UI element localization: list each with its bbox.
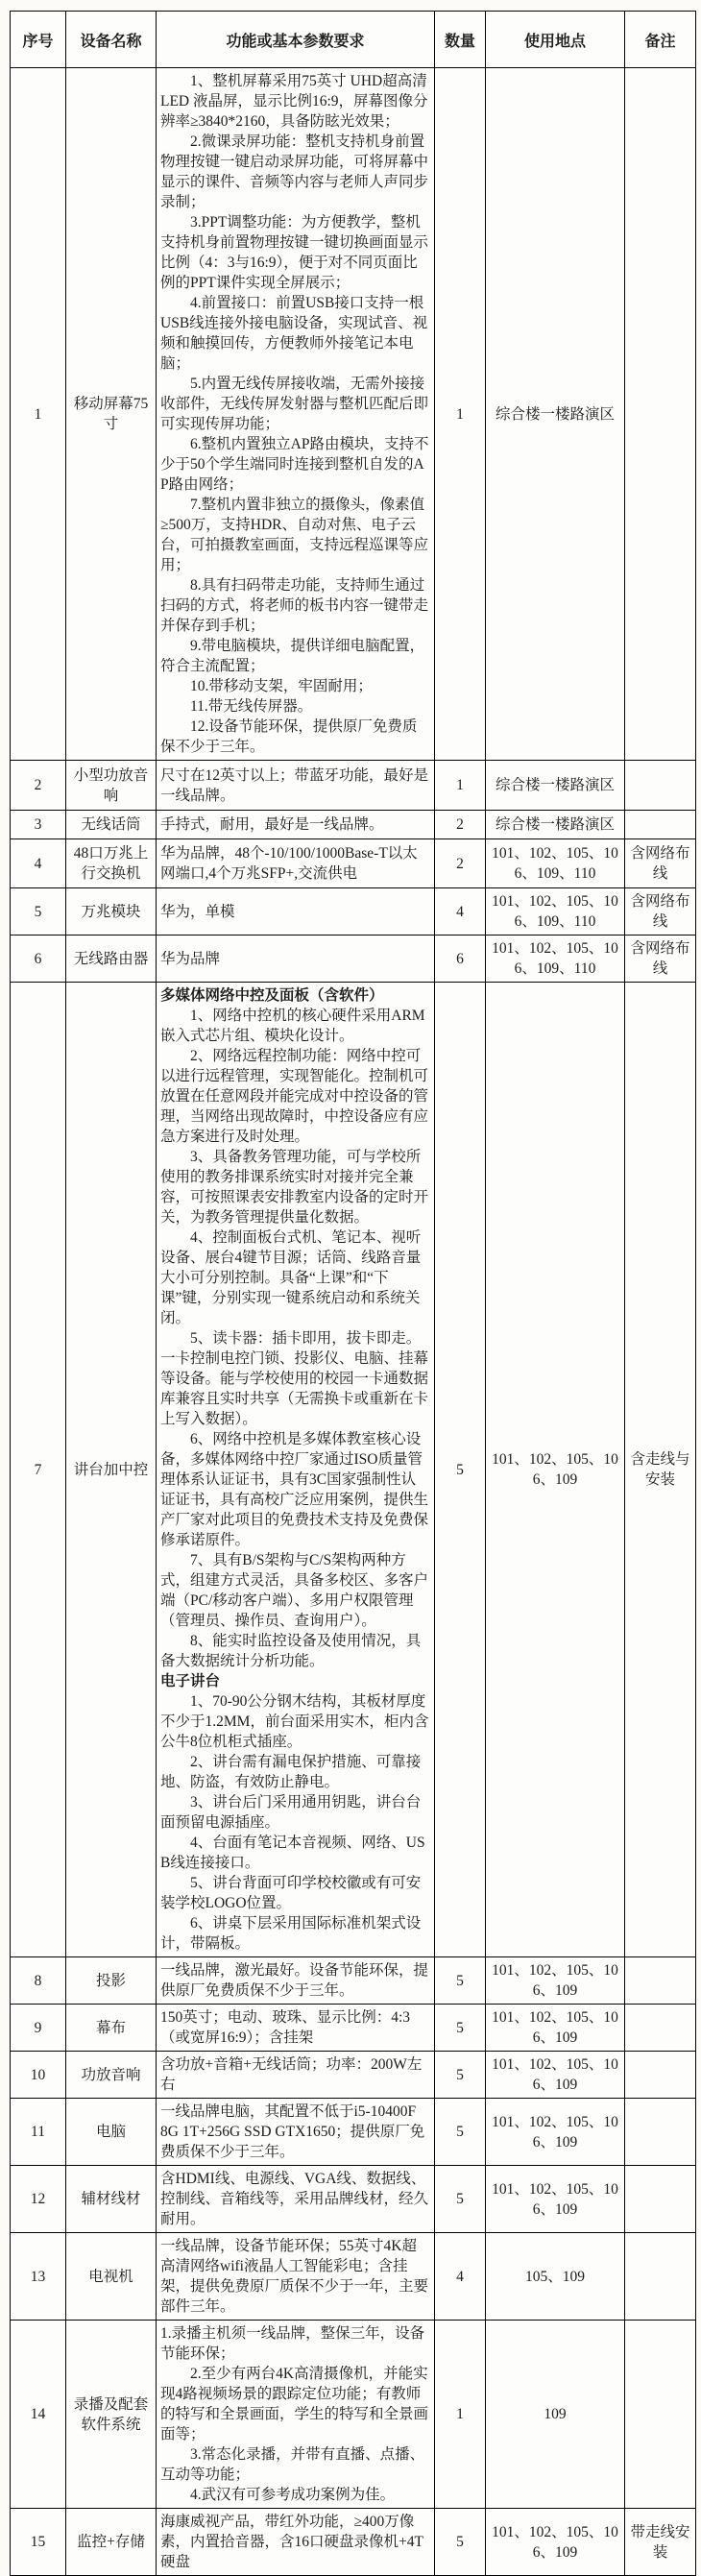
spec-paragraph: 1、70-90公分钢木结构，其板材厚度不少于1.2MM，前台面采用实木，柜内含公… <box>160 1691 430 1752</box>
cell-location: 综合楼一楼路演区 <box>486 68 625 761</box>
cell-location: 109 <box>486 2321 625 2509</box>
cell-device-name: 投影 <box>66 1957 157 2005</box>
spec-paragraph: 3、具备教务管理功能，可与学校所使用的教务排课系统实时对接并完全兼容，可按照课表… <box>160 1147 430 1227</box>
spec-paragraph: 3.PPT调整功能：为方便教学，整机支持机身前置物理按键一键切换画面显示比例（4… <box>160 212 430 293</box>
cell-serial-number: 9 <box>11 2005 66 2052</box>
table-row: 2小型功放音响尺寸在12英寸以上；带蓝牙功能，最好是一线品牌。1综合楼一楼路演区 <box>11 761 696 811</box>
cell-quantity: 6 <box>435 936 486 983</box>
cell-quantity: 5 <box>435 2052 486 2099</box>
cell-remark <box>625 2166 696 2233</box>
cell-remark <box>625 2005 696 2052</box>
table-row: 14录播及配套软件系统1.录播主机须一线品牌，整保三年，设备节能环保；2.至少有… <box>11 2321 696 2509</box>
cell-serial-number: 13 <box>11 2233 66 2321</box>
table-row: 9幕布150英寸；电动、玻珠、显示比例：4:3（或宽屏16:9）；含挂架5101… <box>11 2005 696 2052</box>
cell-specs: 华为品牌，48个-10/100/1000Base-T以太网端口,4个万兆SFP+… <box>157 839 435 888</box>
spec-paragraph: 11.带无线传屏器。 <box>160 696 430 717</box>
table-row: 12辅材线材含HDMI线、电源线、VGA线、数据线、控制线、音箱线等，采用品牌线… <box>11 2166 696 2233</box>
spec-paragraph: 8.具有扫码带走功能，支持师生通过扫码的方式，将老师的板书内容一键带走并保存到手… <box>160 575 430 636</box>
cell-device-name: 移动屏幕75寸 <box>66 68 157 761</box>
spec-paragraph: 2.至少有两台4K高清摄像机，并能实现4路视频场景的跟踪定位功能；有教师的特写和… <box>160 2364 430 2444</box>
cell-remark <box>625 2099 696 2166</box>
equipment-spec-table: 序号 设备名称 功能或基本参数要求 数量 使用地点 备注 1移动屏幕75寸1、整… <box>10 11 696 2576</box>
spec-paragraph: 一线品牌电脑，其配置不低于i5-10400F 8G 1T+256G SSD GT… <box>160 2102 430 2162</box>
spec-paragraph: 4、台面有笔记本音视频、网络、USB线连接接口。 <box>160 1833 430 1873</box>
cell-device-name: 监控+存储 <box>66 2509 157 2576</box>
cell-specs: 150英寸；电动、玻珠、显示比例：4:3（或宽屏16:9）；含挂架 <box>157 2005 435 2052</box>
cell-location: 101、102、105、106、109 <box>486 2052 625 2099</box>
cell-specs: 1、整机屏幕采用75英寸 UHD超高清LED 液晶屏，显示比例16:9，屏幕图像… <box>157 68 435 761</box>
cell-serial-number: 3 <box>11 811 66 839</box>
cell-serial-number: 12 <box>11 2166 66 2233</box>
cell-quantity: 5 <box>435 2005 486 2052</box>
table-row: 6无线路由器华为品牌6101、102、105、106、109、110含网络布线 <box>11 936 696 983</box>
cell-device-name: 万兆模块 <box>66 888 157 936</box>
spec-paragraph: 6、网络中控机是多媒体教室核心设备，多媒体网络中控厂家通过ISO质量管理体系认证… <box>160 1429 430 1550</box>
cell-remark <box>625 811 696 839</box>
cell-quantity: 1 <box>435 68 486 761</box>
cell-specs: 含HDMI线、电源线、VGA线、数据线、控制线、音箱线等，采用品牌线材，经久耐用… <box>157 2166 435 2233</box>
cell-serial-number: 7 <box>11 983 66 1957</box>
cell-serial-number: 2 <box>11 761 66 811</box>
spec-paragraph: 手持式，耐用，最好是一线品牌。 <box>160 814 430 835</box>
spec-paragraph: 150英寸；电动、玻珠、显示比例：4:3（或宽屏16:9）；含挂架 <box>160 2007 430 2048</box>
spec-paragraph: 华为品牌 <box>160 949 430 969</box>
document-page: 序号 设备名称 功能或基本参数要求 数量 使用地点 备注 1移动屏幕75寸1、整… <box>0 0 701 2576</box>
cell-quantity: 5 <box>435 2509 486 2576</box>
cell-serial-number: 1 <box>11 68 66 761</box>
column-header-specs: 功能或基本参数要求 <box>157 12 435 68</box>
cell-remark <box>625 1957 696 2005</box>
cell-serial-number: 8 <box>11 1957 66 2005</box>
spec-paragraph: 华为品牌，48个-10/100/1000Base-T以太网端口,4个万兆SFP+… <box>160 843 430 884</box>
cell-device-name: 辅材线材 <box>66 2166 157 2233</box>
cell-location: 101、102、105、106、109、110 <box>486 839 625 888</box>
spec-paragraph: 7、具有B/S架构与C/S架构两种方式，组建方式灵活，具备多校区、多客户端（PC… <box>160 1550 430 1631</box>
cell-remark: 带走线安装 <box>625 2509 696 2576</box>
spec-paragraph: 含HDMI线、电源线、VGA线、数据线、控制线、音箱线等，采用品牌线材，经久耐用… <box>160 2169 430 2229</box>
cell-serial-number: 6 <box>11 936 66 983</box>
spec-paragraph: 3、讲台后门采用通用钥匙，讲台台面预留电源插座。 <box>160 1792 430 1833</box>
cell-location: 101、102、105、106、109 <box>486 1957 625 2005</box>
cell-remark <box>625 2052 696 2099</box>
cell-device-name: 无线话筒 <box>66 811 157 839</box>
cell-remark: 含走线与安装 <box>625 983 696 1957</box>
cell-specs: 一线品牌电脑，其配置不低于i5-10400F 8G 1T+256G SSD GT… <box>157 2099 435 2166</box>
spec-paragraph: 华为，单模 <box>160 902 430 922</box>
cell-device-name: 录播及配套软件系统 <box>66 2321 157 2509</box>
spec-paragraph: 2.微课录屏功能：整机支持机身前置物理按键一键启动录屏功能，可将屏幕中显示的课件… <box>160 132 430 212</box>
cell-serial-number: 5 <box>11 888 66 936</box>
column-header-device: 设备名称 <box>66 12 157 68</box>
spec-paragraph: 10.带移动支架，牢固耐用； <box>160 676 430 696</box>
cell-quantity: 5 <box>435 2099 486 2166</box>
cell-specs: 海康威视产品，带红外功能，≥400万像素，内置拾音器，含16口硬盘录像机+4T硬… <box>157 2509 435 2576</box>
spec-section-title: 多媒体网络中控及面板（含软件） <box>160 985 430 1006</box>
table-row: 1移动屏幕75寸1、整机屏幕采用75英寸 UHD超高清LED 液晶屏，显示比例1… <box>11 68 696 761</box>
cell-device-name: 电脑 <box>66 2099 157 2166</box>
cell-quantity: 5 <box>435 2166 486 2233</box>
spec-paragraph: 1.录播主机须一线品牌，整保三年，设备节能环保； <box>160 2323 430 2364</box>
spec-paragraph: 12.设备节能环保，提供原厂免费质保不少于三年。 <box>160 717 430 757</box>
cell-quantity: 1 <box>435 761 486 811</box>
spec-paragraph: 4.武汉有可参考成功案例为佳。 <box>160 2485 430 2505</box>
cell-specs: 多媒体网络中控及面板（含软件）1、网络中控机的核心硬件采用ARM嵌入式芯片组、模… <box>157 983 435 1957</box>
spec-paragraph: 海康威视产品，带红外功能，≥400万像素，内置拾音器，含16口硬盘录像机+4T硬… <box>160 2512 430 2572</box>
cell-device-name: 电视机 <box>66 2233 157 2321</box>
spec-paragraph: 一线品牌，设备节能环保；55英寸4K超高清网络wifi液晶人工智能彩电；含挂架，… <box>160 2236 430 2317</box>
cell-specs: 一线品牌，设备节能环保；55英寸4K超高清网络wifi液晶人工智能彩电；含挂架，… <box>157 2233 435 2321</box>
cell-specs: 含功放+音箱+无线话筒；功率：200W左右 <box>157 2052 435 2099</box>
spec-paragraph: 1、网络中控机的核心硬件采用ARM嵌入式芯片组、模块化设计。 <box>160 1006 430 1046</box>
cell-serial-number: 10 <box>11 2052 66 2099</box>
cell-serial-number: 11 <box>11 2099 66 2166</box>
cell-device-name: 功放音响 <box>66 2052 157 2099</box>
cell-location: 101、102、105、106、109 <box>486 2099 625 2166</box>
spec-paragraph: 8、能实时监控设备及使用情况，具备大数据统计分析功能。 <box>160 1631 430 1671</box>
table-row: 7讲台加中控多媒体网络中控及面板（含软件）1、网络中控机的核心硬件采用ARM嵌入… <box>11 983 696 1957</box>
spec-paragraph: 9.带电脑模块，提供详细电脑配置，符合主流配置； <box>160 636 430 676</box>
spec-paragraph: 2、网络远程控制功能：网络中控可以进行远程管理，实现智能化。控制机可放置在任意网… <box>160 1046 430 1147</box>
cell-remark <box>625 761 696 811</box>
table-row: 10功放音响含功放+音箱+无线话筒；功率：200W左右5101、102、105、… <box>11 2052 696 2099</box>
spec-paragraph: 5、读卡器：插卡即用，拔卡即走。一卡控制电控门锁、投影仪、电脑、挂幕等设备。能与… <box>160 1328 430 1429</box>
cell-location: 101、102、105、106、109 <box>486 2509 625 2576</box>
cell-location: 101、102、105、106、109、110 <box>486 888 625 936</box>
cell-remark: 含网络布线 <box>625 936 696 983</box>
spec-paragraph: 4、控制面板台式机、笔记本、视听设备、展台4键节目源；话筒、线路音量大小可分别控… <box>160 1227 430 1328</box>
cell-specs: 一线品牌，激光最好。设备节能环保，提供原厂免费质保不少于三年。 <box>157 1957 435 2005</box>
spec-paragraph: 6、讲桌下层采用国际标准机架式设计，带隔板。 <box>160 1913 430 1954</box>
cell-serial-number: 15 <box>11 2509 66 2576</box>
cell-location: 101、102、105、106、109 <box>486 983 625 1957</box>
cell-serial-number: 4 <box>11 839 66 888</box>
column-header-serial: 序号 <box>11 12 66 68</box>
cell-quantity: 1 <box>435 2321 486 2509</box>
spec-paragraph: 1、整机屏幕采用75英寸 UHD超高清LED 液晶屏，显示比例16:9，屏幕图像… <box>160 71 430 132</box>
spec-paragraph: 一线品牌，激光最好。设备节能环保，提供原厂免费质保不少于三年。 <box>160 1960 430 2001</box>
spec-paragraph: 5.内置无线传屏接收端，无需外接接收部件，无线传屏发射器与整机匹配后即可实现传屏… <box>160 374 430 434</box>
table-row: 11电脑一线品牌电脑，其配置不低于i5-10400F 8G 1T+256G SS… <box>11 2099 696 2166</box>
cell-remark <box>625 2233 696 2321</box>
cell-location: 综合楼一楼路演区 <box>486 761 625 811</box>
table-row: 5万兆模块华为，单模4101、102、105、106、109、110含网络布线 <box>11 888 696 936</box>
cell-device-name: 讲台加中控 <box>66 983 157 1957</box>
cell-specs: 华为品牌 <box>157 936 435 983</box>
column-header-remark: 备注 <box>625 12 696 68</box>
column-header-quantity: 数量 <box>435 12 486 68</box>
spec-paragraph: 2、讲台需有漏电保护措施、可靠接地、防盗，有效防止静电。 <box>160 1752 430 1792</box>
cell-quantity: 4 <box>435 2233 486 2321</box>
cell-specs: 手持式，耐用，最好是一线品牌。 <box>157 811 435 839</box>
cell-device-name: 无线路由器 <box>66 936 157 983</box>
cell-device-name: 幕布 <box>66 2005 157 2052</box>
spec-paragraph: 6.整机内置独立AP路由模块，支持不少于50个学生端同时连接到整机自发的AP路由… <box>160 434 430 495</box>
cell-location: 101、102、105、106、109 <box>486 2005 625 2052</box>
table-row: 448口万兆上行交换机华为品牌，48个-10/100/1000Base-T以太网… <box>11 839 696 888</box>
cell-serial-number: 14 <box>11 2321 66 2509</box>
table-row: 8投影一线品牌，激光最好。设备节能环保，提供原厂免费质保不少于三年。5101、1… <box>11 1957 696 2005</box>
cell-quantity: 2 <box>435 839 486 888</box>
column-header-location: 使用地点 <box>486 12 625 68</box>
cell-location: 综合楼一楼路演区 <box>486 811 625 839</box>
spec-paragraph: 含功放+音箱+无线话筒；功率：200W左右 <box>160 2054 430 2095</box>
cell-remark: 含网络布线 <box>625 888 696 936</box>
table-row: 13电视机一线品牌，设备节能环保；55英寸4K超高清网络wifi液晶人工智能彩电… <box>11 2233 696 2321</box>
cell-device-name: 48口万兆上行交换机 <box>66 839 157 888</box>
spec-paragraph: 3.常态化录播，并带有直播、点播、互动等功能； <box>160 2444 430 2485</box>
cell-location: 101、102、105、106、109、110 <box>486 936 625 983</box>
cell-remark: 含网络布线 <box>625 839 696 888</box>
spec-paragraph: 7.整机内置非独立的摄像头，像素值≥500万，支持HDR、自动对焦、电子云台，可… <box>160 495 430 575</box>
cell-remark <box>625 2321 696 2509</box>
spec-paragraph: 5、讲台背面可印学校校徽或有可安装学校LOGO位置。 <box>160 1873 430 1913</box>
spec-paragraph: 尺寸在12英寸以上；带蓝牙功能，最好是一线品牌。 <box>160 766 430 806</box>
header-row: 序号 设备名称 功能或基本参数要求 数量 使用地点 备注 <box>11 12 696 68</box>
cell-location: 101、102、105、106、109 <box>486 2166 625 2233</box>
cell-specs: 1.录播主机须一线品牌，整保三年，设备节能环保；2.至少有两台4K高清摄像机，并… <box>157 2321 435 2509</box>
table-row: 3无线话筒手持式，耐用，最好是一线品牌。2综合楼一楼路演区 <box>11 811 696 839</box>
cell-location: 105、109 <box>486 2233 625 2321</box>
cell-quantity: 4 <box>435 888 486 936</box>
cell-device-name: 小型功放音响 <box>66 761 157 811</box>
cell-quantity: 5 <box>435 983 486 1957</box>
cell-specs: 尺寸在12英寸以上；带蓝牙功能，最好是一线品牌。 <box>157 761 435 811</box>
cell-specs: 华为，单模 <box>157 888 435 936</box>
cell-remark <box>625 68 696 761</box>
spec-paragraph: 4.前置接口：前置USB接口支持一根USB线连接外接电脑设备，实现试音、视频和触… <box>160 293 430 374</box>
spec-section-title: 电子讲台 <box>160 1671 430 1691</box>
table-row: 15监控+存储海康威视产品，带红外功能，≥400万像素，内置拾音器，含16口硬盘… <box>11 2509 696 2576</box>
cell-quantity: 5 <box>435 1957 486 2005</box>
cell-quantity: 2 <box>435 811 486 839</box>
